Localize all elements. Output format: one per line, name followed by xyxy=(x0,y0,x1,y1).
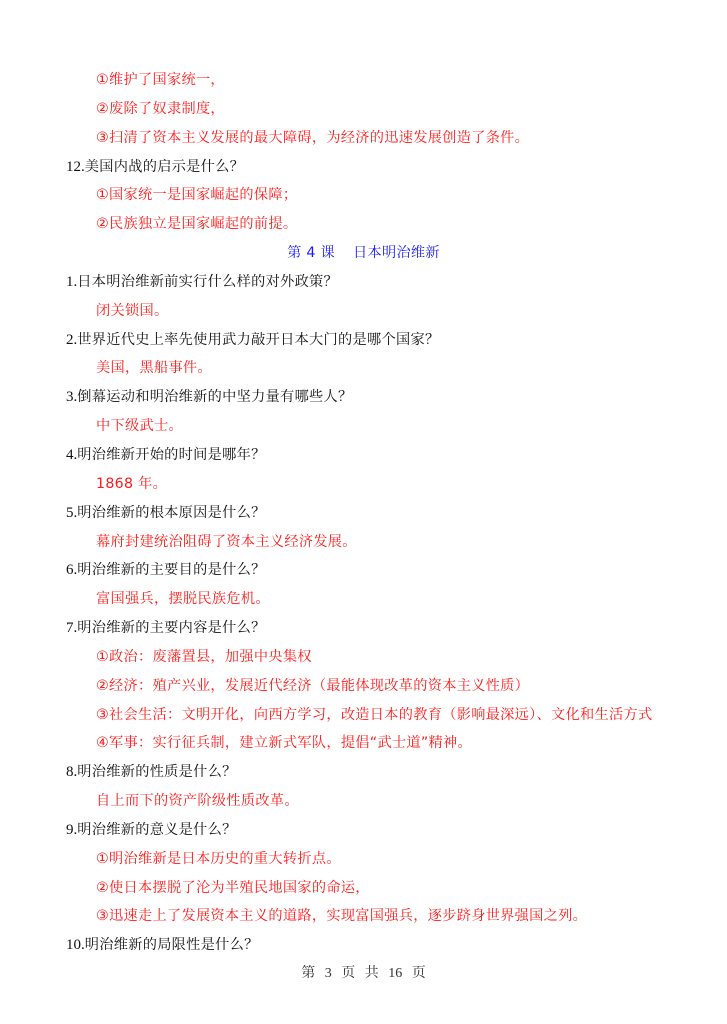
answer-line: ①维护了国家统一， xyxy=(0,66,727,95)
answer-line: ①国家统一是国家崛起的保障； xyxy=(0,181,727,210)
lesson-number: 第 4 课 xyxy=(287,245,335,261)
answer-line: ①政治：废藩置县，加强中央集权 xyxy=(0,643,727,672)
answer-line: ①明治维新是日本历史的重大转折点。 xyxy=(0,845,727,874)
question-line: 5.明治维新的根本原因是什么？ xyxy=(0,499,727,528)
question-number: 9. xyxy=(66,822,77,838)
lesson-title: 日本明治维新 xyxy=(353,245,440,261)
answer-line: ③社会生活：文明开化，向西方学习，改造日本的教育（影响最深远）、文化和生活方式 xyxy=(0,701,727,730)
question-number: 2. xyxy=(66,332,77,348)
answer-line: ②经济：殖产兴业，发展近代经济（最能体现改革的资本主义性质） xyxy=(0,672,727,701)
answer-line: ②民族独立是国家崛起的前提。 xyxy=(0,210,727,239)
question-number: 12. xyxy=(66,159,85,175)
question-line: 1.日本明治维新前实行什么样的对外政策？ xyxy=(0,268,727,297)
answer-line: 自上而下的资产阶级性质改革。 xyxy=(0,787,727,816)
question-line: 4.明治维新开始的时间是哪年？ xyxy=(0,441,727,470)
question-line: 12.美国内战的启示是什么？ xyxy=(0,153,727,182)
question-number: 3. xyxy=(66,389,77,405)
lesson-heading: 第 4 课日本明治维新 xyxy=(0,239,727,268)
question-text: 明治维新的主要目的是什么？ xyxy=(77,562,265,578)
question-text: 日本明治维新前实行什么样的对外政策？ xyxy=(77,274,338,290)
page-footer: 第 3 页 共 16 页 xyxy=(0,962,727,982)
question-number: 4. xyxy=(66,447,77,463)
answer-line: 幕府封建统治阻碍了资本主义经济发展。 xyxy=(0,528,727,557)
question-line: 6.明治维新的主要目的是什么？ xyxy=(0,556,727,585)
question-text: 世界近代史上率先使用武力敲开日本大门的是哪个国家？ xyxy=(77,332,439,348)
answer-line: 富国强兵，摆脱民族危机。 xyxy=(0,585,727,614)
question-text: 明治维新的主要内容是什么？ xyxy=(77,620,265,636)
question-line: 7.明治维新的主要内容是什么？ xyxy=(0,614,727,643)
answer-line: 中下级武士。 xyxy=(0,412,727,441)
question-text: 明治维新的意义是什么？ xyxy=(77,822,236,838)
question-number: 8. xyxy=(66,764,77,780)
document-page: ①维护了国家统一， ②废除了奴隶制度， ③扫清了资本主义发展的最大障碍，为经济的… xyxy=(0,66,727,960)
question-number: 10. xyxy=(66,937,85,953)
question-text: 明治维新的性质是什么？ xyxy=(77,764,236,780)
question-text: 明治维新开始的时间是哪年？ xyxy=(77,447,265,463)
question-text: 美国内战的启示是什么？ xyxy=(85,159,244,175)
question-number: 7. xyxy=(66,620,77,636)
question-line: 8.明治维新的性质是什么？ xyxy=(0,758,727,787)
question-number: 5. xyxy=(66,505,77,521)
question-text: 明治维新的根本原因是什么？ xyxy=(77,505,265,521)
question-line: 3.倒幕运动和明治维新的中坚力量有哪些人？ xyxy=(0,383,727,412)
question-line: 9.明治维新的意义是什么？ xyxy=(0,816,727,845)
question-line: 10.明治维新的局限性是什么？ xyxy=(0,931,727,960)
question-text: 明治维新的局限性是什么？ xyxy=(85,937,259,953)
question-text: 倒幕运动和明治维新的中坚力量有哪些人？ xyxy=(77,389,352,405)
page-number-label: 第 3 页 共 16 页 xyxy=(301,966,426,981)
question-number: 1. xyxy=(66,274,77,290)
answer-line: 1868 年。 xyxy=(0,470,727,499)
answer-line: ③扫清了资本主义发展的最大障碍，为经济的迅速发展创造了条件。 xyxy=(0,124,727,153)
question-line: 2.世界近代史上率先使用武力敲开日本大门的是哪个国家？ xyxy=(0,326,727,355)
answer-line: ④军事：实行征兵制，建立新式军队，提倡“武士道”精神。 xyxy=(0,729,727,758)
question-number: 6. xyxy=(66,562,77,578)
answer-line: ②废除了奴隶制度， xyxy=(0,95,727,124)
answer-line: 闭关锁国。 xyxy=(0,297,727,326)
answer-line: 美国，黑船事件。 xyxy=(0,354,727,383)
answer-line: ③迅速走上了发展资本主义的道路，实现富国强兵，逐步跻身世界强国之列。 xyxy=(0,902,727,931)
answer-line: ②使日本摆脱了沦为半殖民地国家的命运， xyxy=(0,874,727,903)
